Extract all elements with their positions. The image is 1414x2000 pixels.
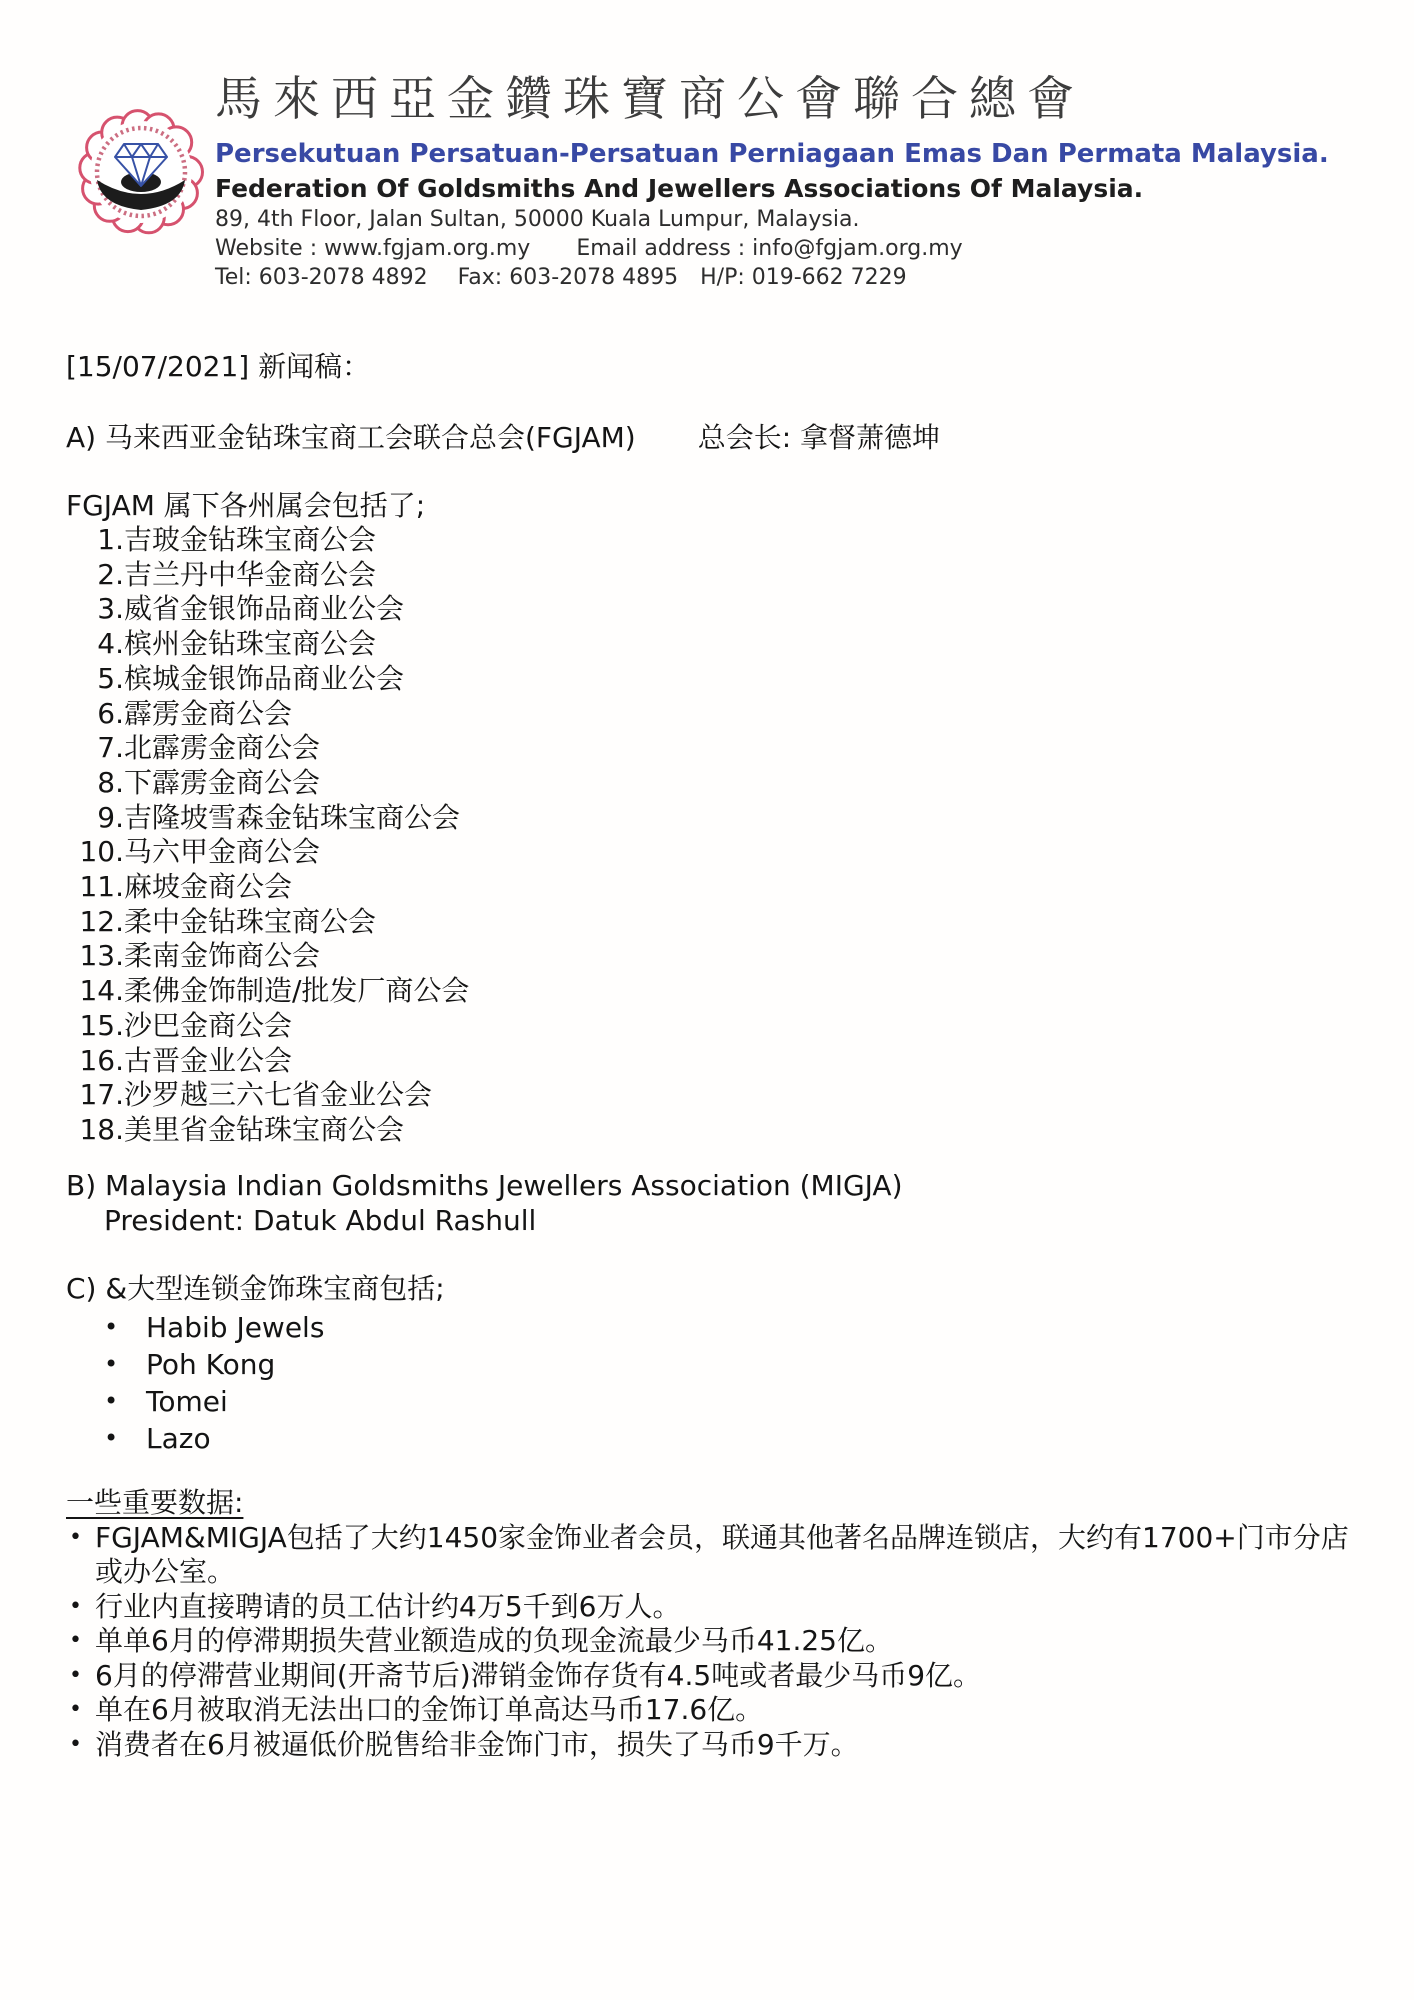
association-number: 3.: [66, 592, 124, 627]
date-line: [15/07/2021] 新闻稿：: [66, 350, 1356, 384]
letterhead: 馬來西亞金鑽珠寶商公會聯合總會 Persekutuan Persatuan-Pe…: [0, 0, 1414, 290]
association-list-item: 16.古晋金业公会: [66, 1044, 1356, 1079]
association-number: 14.: [66, 974, 124, 1009]
association-number: 10.: [66, 835, 124, 870]
chain-list-item: •Tomei: [66, 1383, 1356, 1420]
key-data-text: 单在6月被取消无法出口的金饰订单高达马币17.6亿。: [95, 1693, 1356, 1728]
org-tel: Tel: 603-2078 4892: [215, 265, 428, 290]
association-name: 柔中金钻珠宝商公会: [124, 905, 1356, 940]
association-number: 13.: [66, 939, 124, 974]
chain-list-item: •Poh Kong: [66, 1346, 1356, 1383]
association-number: 2.: [66, 558, 124, 593]
association-list-intro: FGJAM 属下各州属会包括了;: [66, 488, 1356, 523]
bullet-icon: •: [104, 1309, 146, 1346]
org-hp: H/P: 019-662 7229: [700, 265, 907, 290]
key-data-text: 行业内直接聘请的员工估计约4万5千到6万人。: [95, 1590, 1356, 1625]
association-name: 麻坡金商公会: [124, 870, 1356, 905]
bullet-icon: •: [104, 1346, 146, 1383]
key-data-item: •消费者在6月被逼低价脱售给非金饰门市，损失了马币9千万。: [66, 1728, 1356, 1763]
org-web-line: Website : www.fgjam.org.myEmail address …: [215, 236, 1374, 261]
section-b: B) Malaysia Indian Goldsmiths Jewellers …: [66, 1168, 1356, 1238]
association-name: 马六甲金商公会: [124, 835, 1356, 870]
association-number: 17.: [66, 1078, 124, 1113]
org-title-malay: Persekutuan Persatuan-Persatuan Perniaga…: [215, 139, 1374, 169]
association-list-item: 11.麻坡金商公会: [66, 870, 1356, 905]
association-number: 15.: [66, 1009, 124, 1044]
association-number: 5.: [66, 662, 124, 697]
association-list-item: 8.下霹雳金商公会: [66, 766, 1356, 801]
association-name: 沙巴金商公会: [124, 1009, 1356, 1044]
association-list-item: 6.霹雳金商公会: [66, 697, 1356, 732]
association-name: 北霹雳金商公会: [124, 731, 1356, 766]
association-name: 古晋金业公会: [124, 1044, 1356, 1079]
bullet-icon: •: [66, 1728, 95, 1763]
org-title-english: Federation Of Goldsmiths And Jewellers A…: [215, 174, 1374, 203]
association-list-item: 12.柔中金钻珠宝商公会: [66, 905, 1356, 940]
section-b-president: President: Datuk Abdul Rashull: [66, 1203, 1356, 1238]
association-number: 9.: [66, 801, 124, 836]
association-number: 18.: [66, 1113, 124, 1148]
association-name: 沙罗越三六七省金业公会: [124, 1078, 1356, 1113]
association-list-item: 4.槟州金钻珠宝商公会: [66, 627, 1356, 662]
press-release-body: [15/07/2021] 新闻稿： A) 马来西亚金钻珠宝商工会联合总会(FGJ…: [66, 350, 1356, 1762]
fgjam-logo: [74, 96, 208, 244]
association-number: 8.: [66, 766, 124, 801]
association-name: 槟州金钻珠宝商公会: [124, 627, 1356, 662]
bullet-icon: •: [66, 1659, 95, 1694]
section-a-heading: A) 马来西亚金钻珠宝商工会联合总会(FGJAM): [66, 420, 636, 455]
association-name: 霹雳金商公会: [124, 697, 1356, 732]
association-name: 柔南金饰商公会: [124, 939, 1356, 974]
key-data-item: •6月的停滞营业期间(开斋节后)滞销金饰存货有4.5吨或者最少马币9亿。: [66, 1659, 1356, 1694]
association-number: 4.: [66, 627, 124, 662]
association-list: 1.吉玻金钻珠宝商公会 2.吉兰丹中华金商公会 3.威省金银饰品商业公会 4.槟…: [66, 523, 1356, 1148]
association-name: 美里省金钻珠宝商公会: [124, 1113, 1356, 1148]
bullet-icon: •: [104, 1383, 146, 1420]
key-data-text: 6月的停滞营业期间(开斋节后)滞销金饰存货有4.5吨或者最少马币9亿。: [95, 1659, 1356, 1694]
association-name: 吉隆坡雪森金钻珠宝商公会: [124, 801, 1356, 836]
chain-name: Tomei: [146, 1383, 228, 1420]
association-list-item: 2.吉兰丹中华金商公会: [66, 558, 1356, 593]
key-data-text: FGJAM&MIGJA包括了大约1450家金饰业者会员，联通其他著名品牌连锁店，…: [95, 1521, 1356, 1590]
section-c-heading: C) &大型连锁金饰珠宝商包括;: [66, 1272, 1356, 1306]
section-b-heading: B) Malaysia Indian Goldsmiths Jewellers …: [66, 1168, 1356, 1203]
key-data-item: •单单6月的停滞期损失营业额造成的负现金流最少马币41.25亿。: [66, 1624, 1356, 1659]
association-list-item: 9.吉隆坡雪森金钻珠宝商公会: [66, 801, 1356, 836]
association-name: 下霹雳金商公会: [124, 766, 1356, 801]
association-list-item: 18.美里省金钻珠宝商公会: [66, 1113, 1356, 1148]
petal-ring: [80, 111, 203, 233]
section-a-heading-row: A) 马来西亚金钻珠宝商工会联合总会(FGJAM) 总会长: 拿督萧德坤: [66, 420, 1356, 455]
chain-name: Lazo: [146, 1420, 211, 1457]
chain-name: Poh Kong: [146, 1346, 275, 1383]
key-data-heading: 一些重要数据:: [66, 1485, 1356, 1520]
association-number: 1.: [66, 523, 124, 558]
org-email: Email address : info@fgjam.org.my: [576, 236, 962, 261]
association-list-item: 7.北霹雳金商公会: [66, 731, 1356, 766]
association-number: 16.: [66, 1044, 124, 1079]
association-list-item: 5.槟城金银饰品商业公会: [66, 662, 1356, 697]
press-release-page: 馬來西亞金鑽珠寶商公會聯合總會 Persekutuan Persatuan-Pe…: [0, 0, 1414, 2000]
association-list-item: 17.沙罗越三六七省金业公会: [66, 1078, 1356, 1113]
association-number: 6.: [66, 697, 124, 732]
chain-list-item: •Habib Jewels: [66, 1309, 1356, 1346]
org-title-chinese: 馬來西亞金鑽珠寶商公會聯合總會: [215, 72, 1374, 127]
org-website: Website : www.fgjam.org.my: [215, 236, 530, 261]
key-data-text: 消费者在6月被逼低价脱售给非金饰门市，损失了马币9千万。: [95, 1728, 1356, 1763]
association-name: 柔佛金饰制造/批发厂商公会: [124, 974, 1356, 1009]
association-list-item: 15.沙巴金商公会: [66, 1009, 1356, 1044]
section-a-president: 总会长: 拿督萧德坤: [698, 420, 940, 455]
bullet-icon: •: [104, 1420, 146, 1457]
association-list-item: 14.柔佛金饰制造/批发厂商公会: [66, 974, 1356, 1009]
association-list-item: 1.吉玻金钻珠宝商公会: [66, 523, 1356, 558]
key-data-list: •FGJAM&MIGJA包括了大约1450家金饰业者会员，联通其他著名品牌连锁店…: [66, 1521, 1356, 1763]
org-contact-line: Tel: 603-2078 4892Fax: 603-2078 4895H/P:…: [215, 265, 1374, 290]
association-list-item: 13.柔南金饰商公会: [66, 939, 1356, 974]
association-number: 11.: [66, 870, 124, 905]
key-data-item: •行业内直接聘请的员工估计约4万5千到6万人。: [66, 1590, 1356, 1625]
association-number: 12.: [66, 905, 124, 940]
chain-name: Habib Jewels: [146, 1309, 324, 1346]
org-fax: Fax: 603-2078 4895: [458, 265, 678, 290]
bullet-icon: •: [66, 1521, 95, 1590]
bullet-icon: •: [66, 1693, 95, 1728]
chain-store-list: •Habib Jewels •Poh Kong •Tomei •Lazo: [66, 1309, 1356, 1457]
key-data-text: 单单6月的停滞期损失营业额造成的负现金流最少马币41.25亿。: [95, 1624, 1356, 1659]
association-name: 威省金银饰品商业公会: [124, 592, 1356, 627]
key-data-item: •单在6月被取消无法出口的金饰订单高达马币17.6亿。: [66, 1693, 1356, 1728]
bullet-icon: •: [66, 1590, 95, 1625]
association-number: 7.: [66, 731, 124, 766]
key-data-item: •FGJAM&MIGJA包括了大约1450家金饰业者会员，联通其他著名品牌连锁店…: [66, 1521, 1356, 1590]
association-name: 槟城金银饰品商业公会: [124, 662, 1356, 697]
org-address: 89, 4th Floor, Jalan Sultan, 50000 Kuala…: [215, 207, 1374, 232]
chain-list-item: •Lazo: [66, 1420, 1356, 1457]
association-list-item: 10.马六甲金商公会: [66, 835, 1356, 870]
bullet-icon: •: [66, 1624, 95, 1659]
letterhead-text: 馬來西亞金鑽珠寶商公會聯合總會 Persekutuan Persatuan-Pe…: [215, 72, 1374, 290]
association-name: 吉玻金钻珠宝商公会: [124, 523, 1356, 558]
association-name: 吉兰丹中华金商公会: [124, 558, 1356, 593]
association-list-item: 3.威省金银饰品商业公会: [66, 592, 1356, 627]
